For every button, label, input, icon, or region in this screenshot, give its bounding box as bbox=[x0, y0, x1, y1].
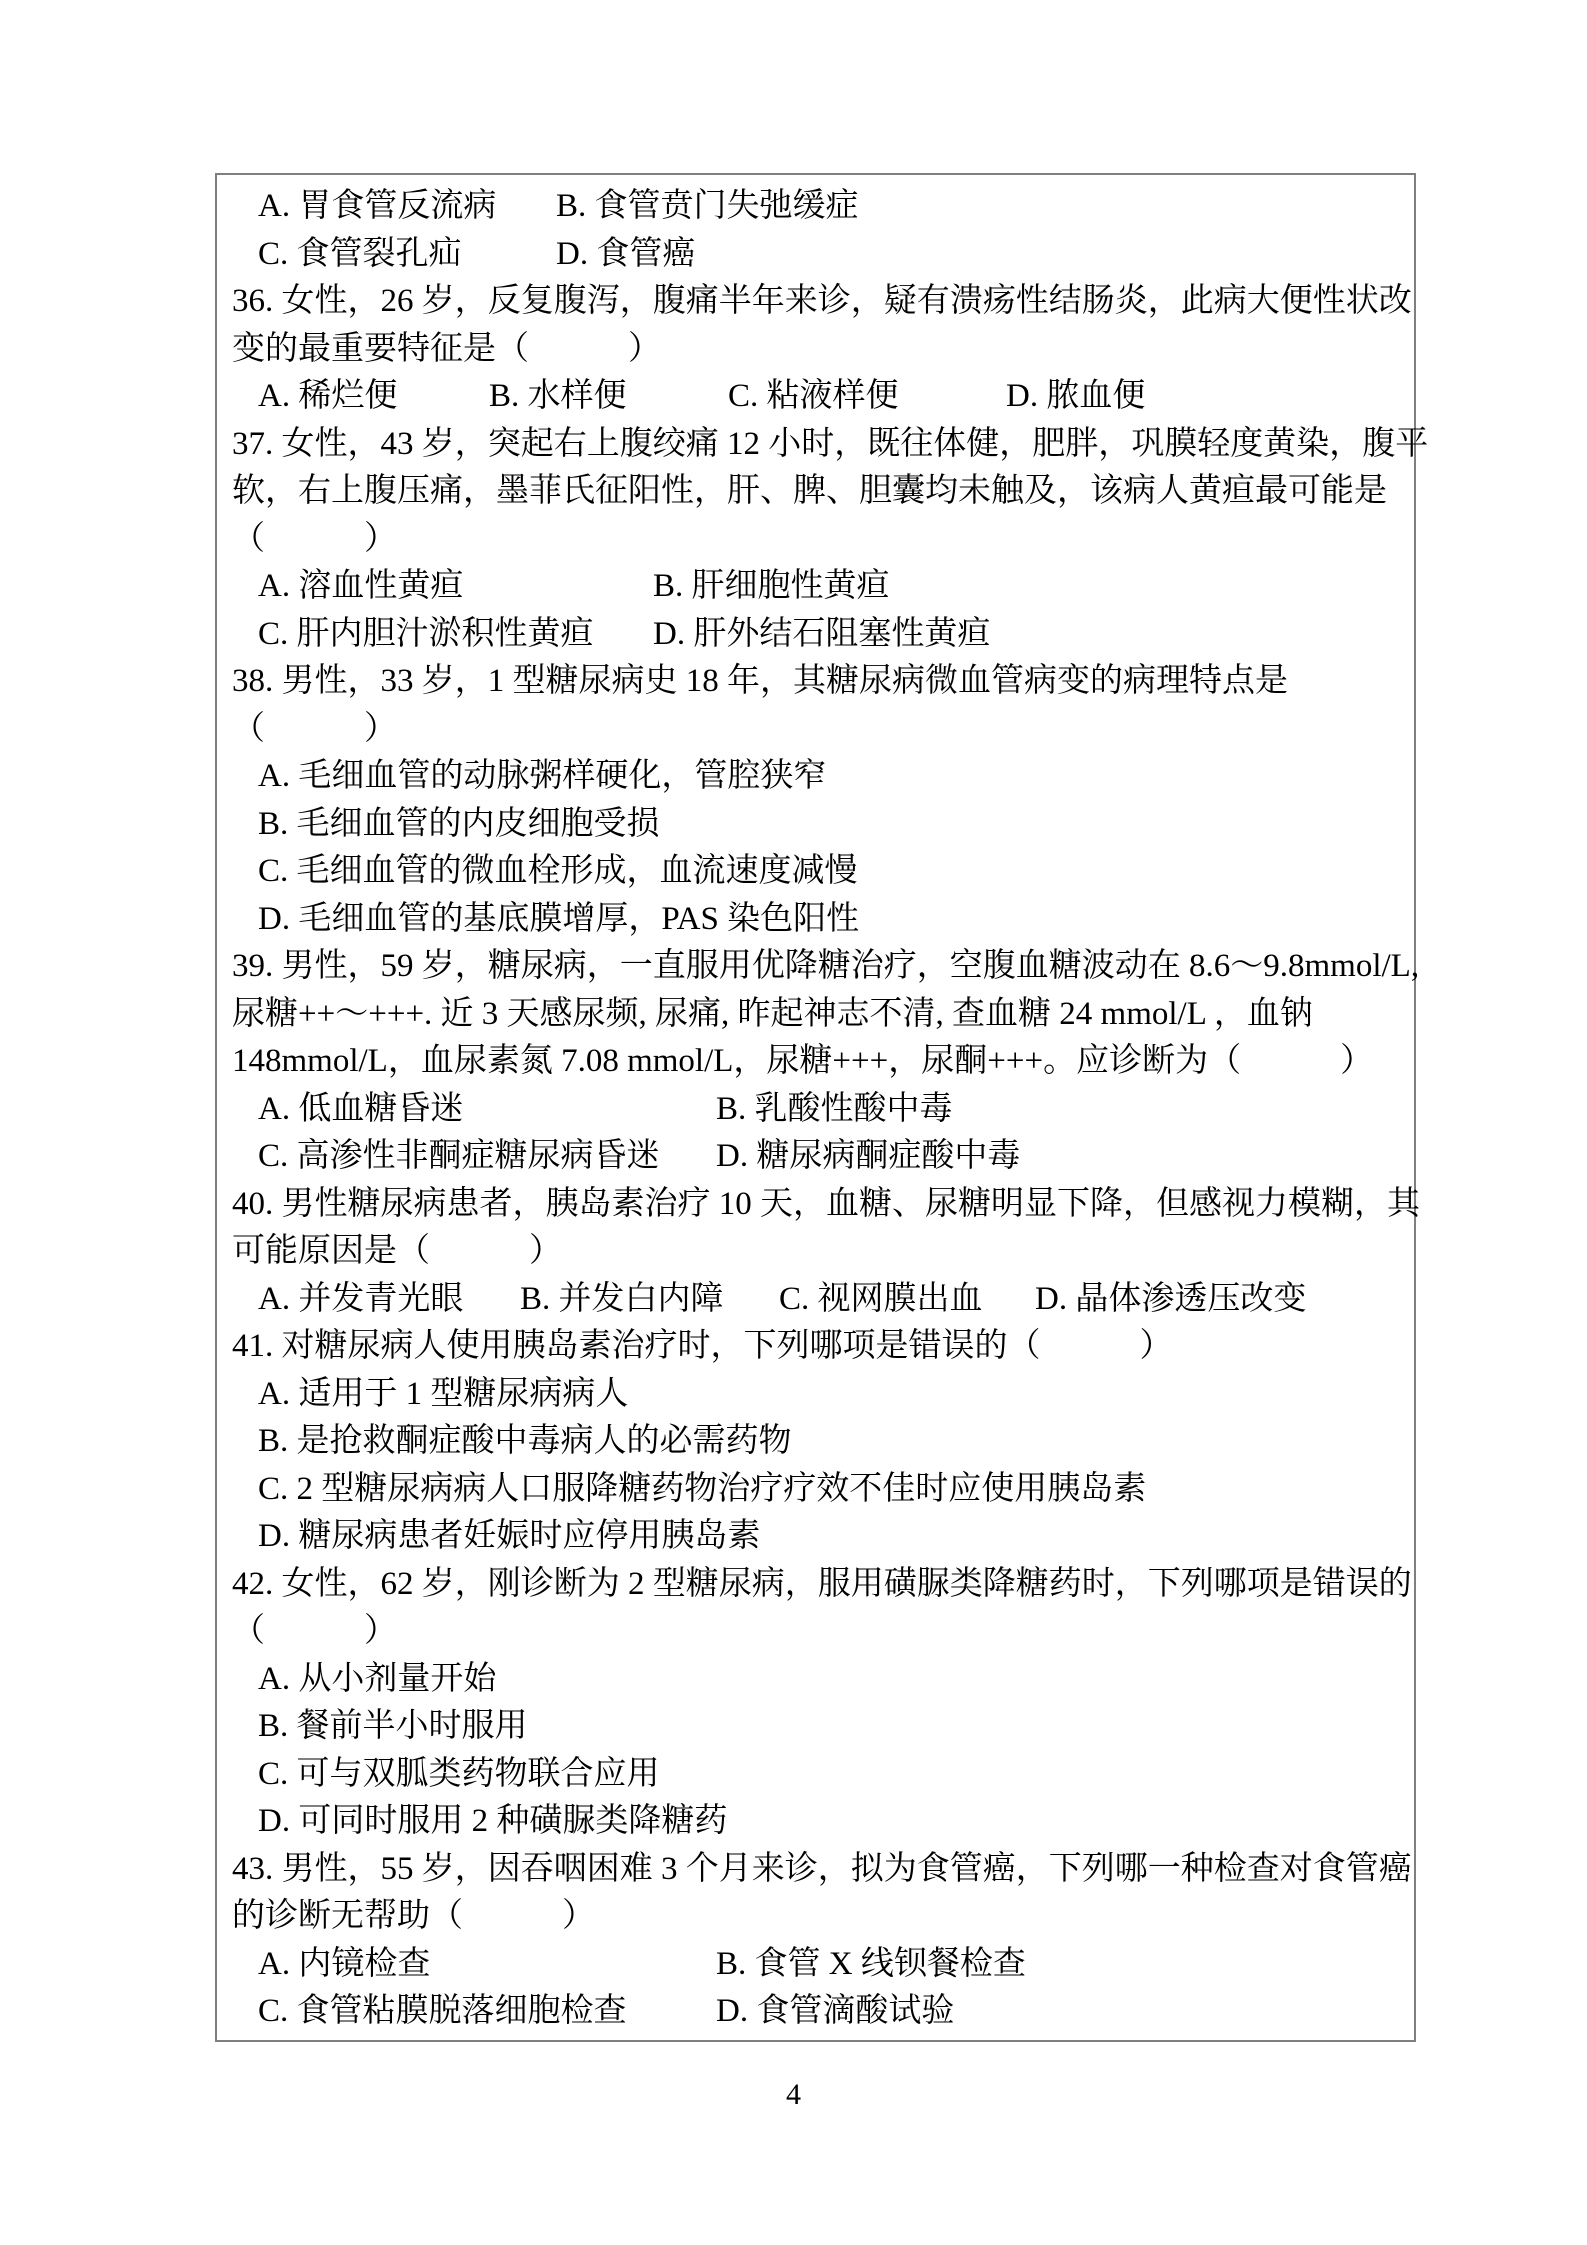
option-row: D. 毛细血管的基底膜增厚，PAS 染色阳性 bbox=[217, 896, 1414, 944]
option-row: B. 餐前半小时服用 bbox=[217, 1703, 1414, 1751]
question-43-stem-line-1: 43. 男性，55 岁，因吞咽困难 3 个月来诊，拟为食管癌，下列哪一种检查对食… bbox=[217, 1846, 1414, 1894]
option-row: B. 毛细血管的内皮细胞受损 bbox=[217, 801, 1414, 849]
option-a: A. 内镜检查 bbox=[258, 1941, 430, 1989]
option-row: A. 并发青光眼 B. 并发白内障 C. 视网膜出血 D. 晶体渗透压改变 bbox=[217, 1276, 1414, 1324]
option-a: A. 并发青光眼 bbox=[258, 1276, 463, 1324]
option-a: A. 从小剂量开始 bbox=[258, 1656, 496, 1704]
question-41-stem-line-1: 41. 对糖尿病人使用胰岛素治疗时，下列哪项是错误的（ ） bbox=[217, 1323, 1414, 1371]
question-42-stem-line-1: 42. 女性，62 岁，刚诊断为 2 型糖尿病，服用磺脲类降糖药时，下列哪项是错… bbox=[217, 1561, 1414, 1609]
option-b: B. 毛细血管的内皮细胞受损 bbox=[258, 801, 660, 849]
question-39-stem-line-1: 39. 男性，59 岁，糖尿病，一直服用优降糖治疗，空腹血糖波动在 8.6～9.… bbox=[217, 943, 1414, 991]
option-row: C. 可与双胍类药物联合应用 bbox=[217, 1751, 1414, 1799]
question-39-stem-line-3: 148mmol/L，血尿素氮 7.08 mmol/L，尿糖+++，尿酮+++。应… bbox=[217, 1038, 1414, 1086]
option-row: B. 是抢救酮症酸中毒病人的必需药物 bbox=[217, 1418, 1414, 1466]
option-row: A. 稀烂便 B. 水样便 C. 粘液样便 D. 脓血便 bbox=[217, 373, 1414, 421]
option-b: B. 食管贲门失弛缓症 bbox=[556, 183, 859, 231]
option-c: C. 食管裂孔疝 bbox=[258, 231, 462, 279]
option-d: D. 毛细血管的基底膜增厚，PAS 染色阳性 bbox=[258, 896, 859, 944]
question-37: 37. 女性，43 岁，突起右上腹绞痛 12 小时，既往体健，肥胖，巩膜轻度黄染… bbox=[217, 421, 1414, 659]
option-row: D. 可同时服用 2 种磺脲类降糖药 bbox=[217, 1798, 1414, 1846]
question-35-options: A. 胃食管反流病 B. 食管贲门失弛缓症 C. 食管裂孔疝 D. 食管癌 bbox=[217, 183, 1414, 278]
question-38: 38. 男性，33 岁，1 型糖尿病史 18 年，其糖尿病微血管病变的病理特点是… bbox=[217, 658, 1414, 943]
question-36: 36. 女性，26 岁，反复腹泻，腹痛半年来诊，疑有溃疡性结肠炎，此病大便性状改… bbox=[217, 278, 1414, 421]
option-d: D. 食管癌 bbox=[556, 231, 695, 279]
option-b: B. 水样便 bbox=[489, 373, 627, 421]
page-number: 4 bbox=[0, 2078, 1587, 2112]
option-c: C. 毛细血管的微血栓形成，血流速度减慢 bbox=[258, 848, 858, 896]
question-41: 41. 对糖尿病人使用胰岛素治疗时，下列哪项是错误的（ ） A. 适用于 1 型… bbox=[217, 1323, 1414, 1561]
question-38-stem-line-1: 38. 男性，33 岁，1 型糖尿病史 18 年，其糖尿病微血管病变的病理特点是 bbox=[217, 658, 1414, 706]
question-37-stem-line-1: 37. 女性，43 岁，突起右上腹绞痛 12 小时，既往体健，肥胖，巩膜轻度黄染… bbox=[217, 421, 1414, 469]
option-row: A. 胃食管反流病 B. 食管贲门失弛缓症 bbox=[217, 183, 1414, 231]
option-b: B. 肝细胞性黄疸 bbox=[653, 563, 890, 611]
option-row: D. 糖尿病患者妊娠时应停用胰岛素 bbox=[217, 1513, 1414, 1561]
option-b: B. 餐前半小时服用 bbox=[258, 1703, 528, 1751]
option-a: A. 胃食管反流病 bbox=[258, 183, 496, 231]
option-c: C. 肝内胆汁淤积性黄疸 bbox=[258, 611, 594, 659]
option-c: C. 粘液样便 bbox=[728, 373, 899, 421]
question-39: 39. 男性，59 岁，糖尿病，一直服用优降糖治疗，空腹血糖波动在 8.6～9.… bbox=[217, 943, 1414, 1181]
option-d: D. 晶体渗透压改变 bbox=[1035, 1276, 1306, 1324]
option-c: C. 视网膜出血 bbox=[779, 1276, 983, 1324]
question-40: 40. 男性糖尿病患者，胰岛素治疗 10 天，血糖、尿糖明显下降，但感视力模糊，… bbox=[217, 1181, 1414, 1324]
option-a: A. 溶血性黄疸 bbox=[258, 563, 463, 611]
option-d: D. 糖尿病患者妊娠时应停用胰岛素 bbox=[258, 1513, 760, 1561]
question-40-stem-line-2: 可能原因是（ ） bbox=[217, 1228, 1414, 1276]
question-42-stem-line-2: （ ） bbox=[217, 1608, 1414, 1656]
option-c: C. 食管粘膜脱落细胞检查 bbox=[258, 1988, 627, 2036]
question-43: 43. 男性，55 岁，因吞咽困难 3 个月来诊，拟为食管癌，下列哪一种检查对食… bbox=[217, 1846, 1414, 2036]
option-a: A. 稀烂便 bbox=[258, 373, 397, 421]
option-a: A. 毛细血管的动脉粥样硬化，管腔狭窄 bbox=[258, 753, 826, 801]
option-row: C. 食管裂孔疝 D. 食管癌 bbox=[217, 231, 1414, 279]
question-39-stem-line-2: 尿糖++～+++. 近 3 天感尿频, 尿痛, 昨起神志不清, 查血糖 24 m… bbox=[217, 991, 1414, 1039]
option-row: A. 溶血性黄疸 B. 肝细胞性黄疸 bbox=[217, 563, 1414, 611]
question-36-stem-line-1: 36. 女性，26 岁，反复腹泻，腹痛半年来诊，疑有溃疡性结肠炎，此病大便性状改 bbox=[217, 278, 1414, 326]
option-d: D. 可同时服用 2 种磺脲类降糖药 bbox=[258, 1798, 727, 1846]
question-42: 42. 女性，62 岁，刚诊断为 2 型糖尿病，服用磺脲类降糖药时，下列哪项是错… bbox=[217, 1561, 1414, 1846]
question-43-stem-line-2: 的诊断无帮助（ ） bbox=[217, 1893, 1414, 1941]
question-37-stem-line-3: （ ） bbox=[217, 516, 1414, 564]
option-c: C. 高渗性非酮症糖尿病昏迷 bbox=[258, 1133, 660, 1181]
question-38-stem-line-2: （ ） bbox=[217, 706, 1414, 754]
option-c: C. 可与双胍类药物联合应用 bbox=[258, 1751, 660, 1799]
option-c: C. 2 型糖尿病病人口服降糖药物治疗疗效不佳时应使用胰岛素 bbox=[258, 1466, 1146, 1514]
exam-question-table: A. 胃食管反流病 B. 食管贲门失弛缓症 C. 食管裂孔疝 D. 食管癌 36… bbox=[215, 173, 1416, 2042]
question-37-stem-line-2: 软，右上腹压痛，墨菲氏征阳性，肝、脾、胆囊均未触及，该病人黄疸最可能是 bbox=[217, 468, 1414, 516]
question-40-stem-line-1: 40. 男性糖尿病患者，胰岛素治疗 10 天，血糖、尿糖明显下降，但感视力模糊，… bbox=[217, 1181, 1414, 1229]
option-row: C. 肝内胆汁淤积性黄疸 D. 肝外结石阻塞性黄疸 bbox=[217, 611, 1414, 659]
question-36-stem-line-2: 变的最重要特征是（ ） bbox=[217, 326, 1414, 374]
option-d: D. 脓血便 bbox=[1006, 373, 1145, 421]
option-row: C. 高渗性非酮症糖尿病昏迷 D. 糖尿病酮症酸中毒 bbox=[217, 1133, 1414, 1181]
question-list: A. 胃食管反流病 B. 食管贲门失弛缓症 C. 食管裂孔疝 D. 食管癌 36… bbox=[217, 175, 1414, 2036]
option-d: D. 肝外结石阻塞性黄疸 bbox=[653, 611, 990, 659]
option-d: D. 食管滴酸试验 bbox=[716, 1988, 954, 2036]
option-row: A. 适用于 1 型糖尿病病人 bbox=[217, 1371, 1414, 1419]
option-a: A. 适用于 1 型糖尿病病人 bbox=[258, 1371, 628, 1419]
option-row: C. 2 型糖尿病病人口服降糖药物治疗疗效不佳时应使用胰岛素 bbox=[217, 1466, 1414, 1514]
option-b: B. 乳酸性酸中毒 bbox=[716, 1086, 953, 1134]
option-row: A. 低血糖昏迷 B. 乳酸性酸中毒 bbox=[217, 1086, 1414, 1134]
option-row: A. 毛细血管的动脉粥样硬化，管腔狭窄 bbox=[217, 753, 1414, 801]
option-row: A. 内镜检查 B. 食管 X 线钡餐检查 bbox=[217, 1941, 1414, 1989]
option-row: C. 毛细血管的微血栓形成，血流速度减慢 bbox=[217, 848, 1414, 896]
option-row: A. 从小剂量开始 bbox=[217, 1656, 1414, 1704]
option-d: D. 糖尿病酮症酸中毒 bbox=[716, 1133, 1020, 1181]
option-b: B. 是抢救酮症酸中毒病人的必需药物 bbox=[258, 1418, 792, 1466]
option-b: B. 食管 X 线钡餐检查 bbox=[716, 1941, 1026, 1989]
option-a: A. 低血糖昏迷 bbox=[258, 1086, 463, 1134]
option-row: C. 食管粘膜脱落细胞检查 D. 食管滴酸试验 bbox=[217, 1988, 1414, 2036]
option-b: B. 并发白内障 bbox=[520, 1276, 724, 1324]
